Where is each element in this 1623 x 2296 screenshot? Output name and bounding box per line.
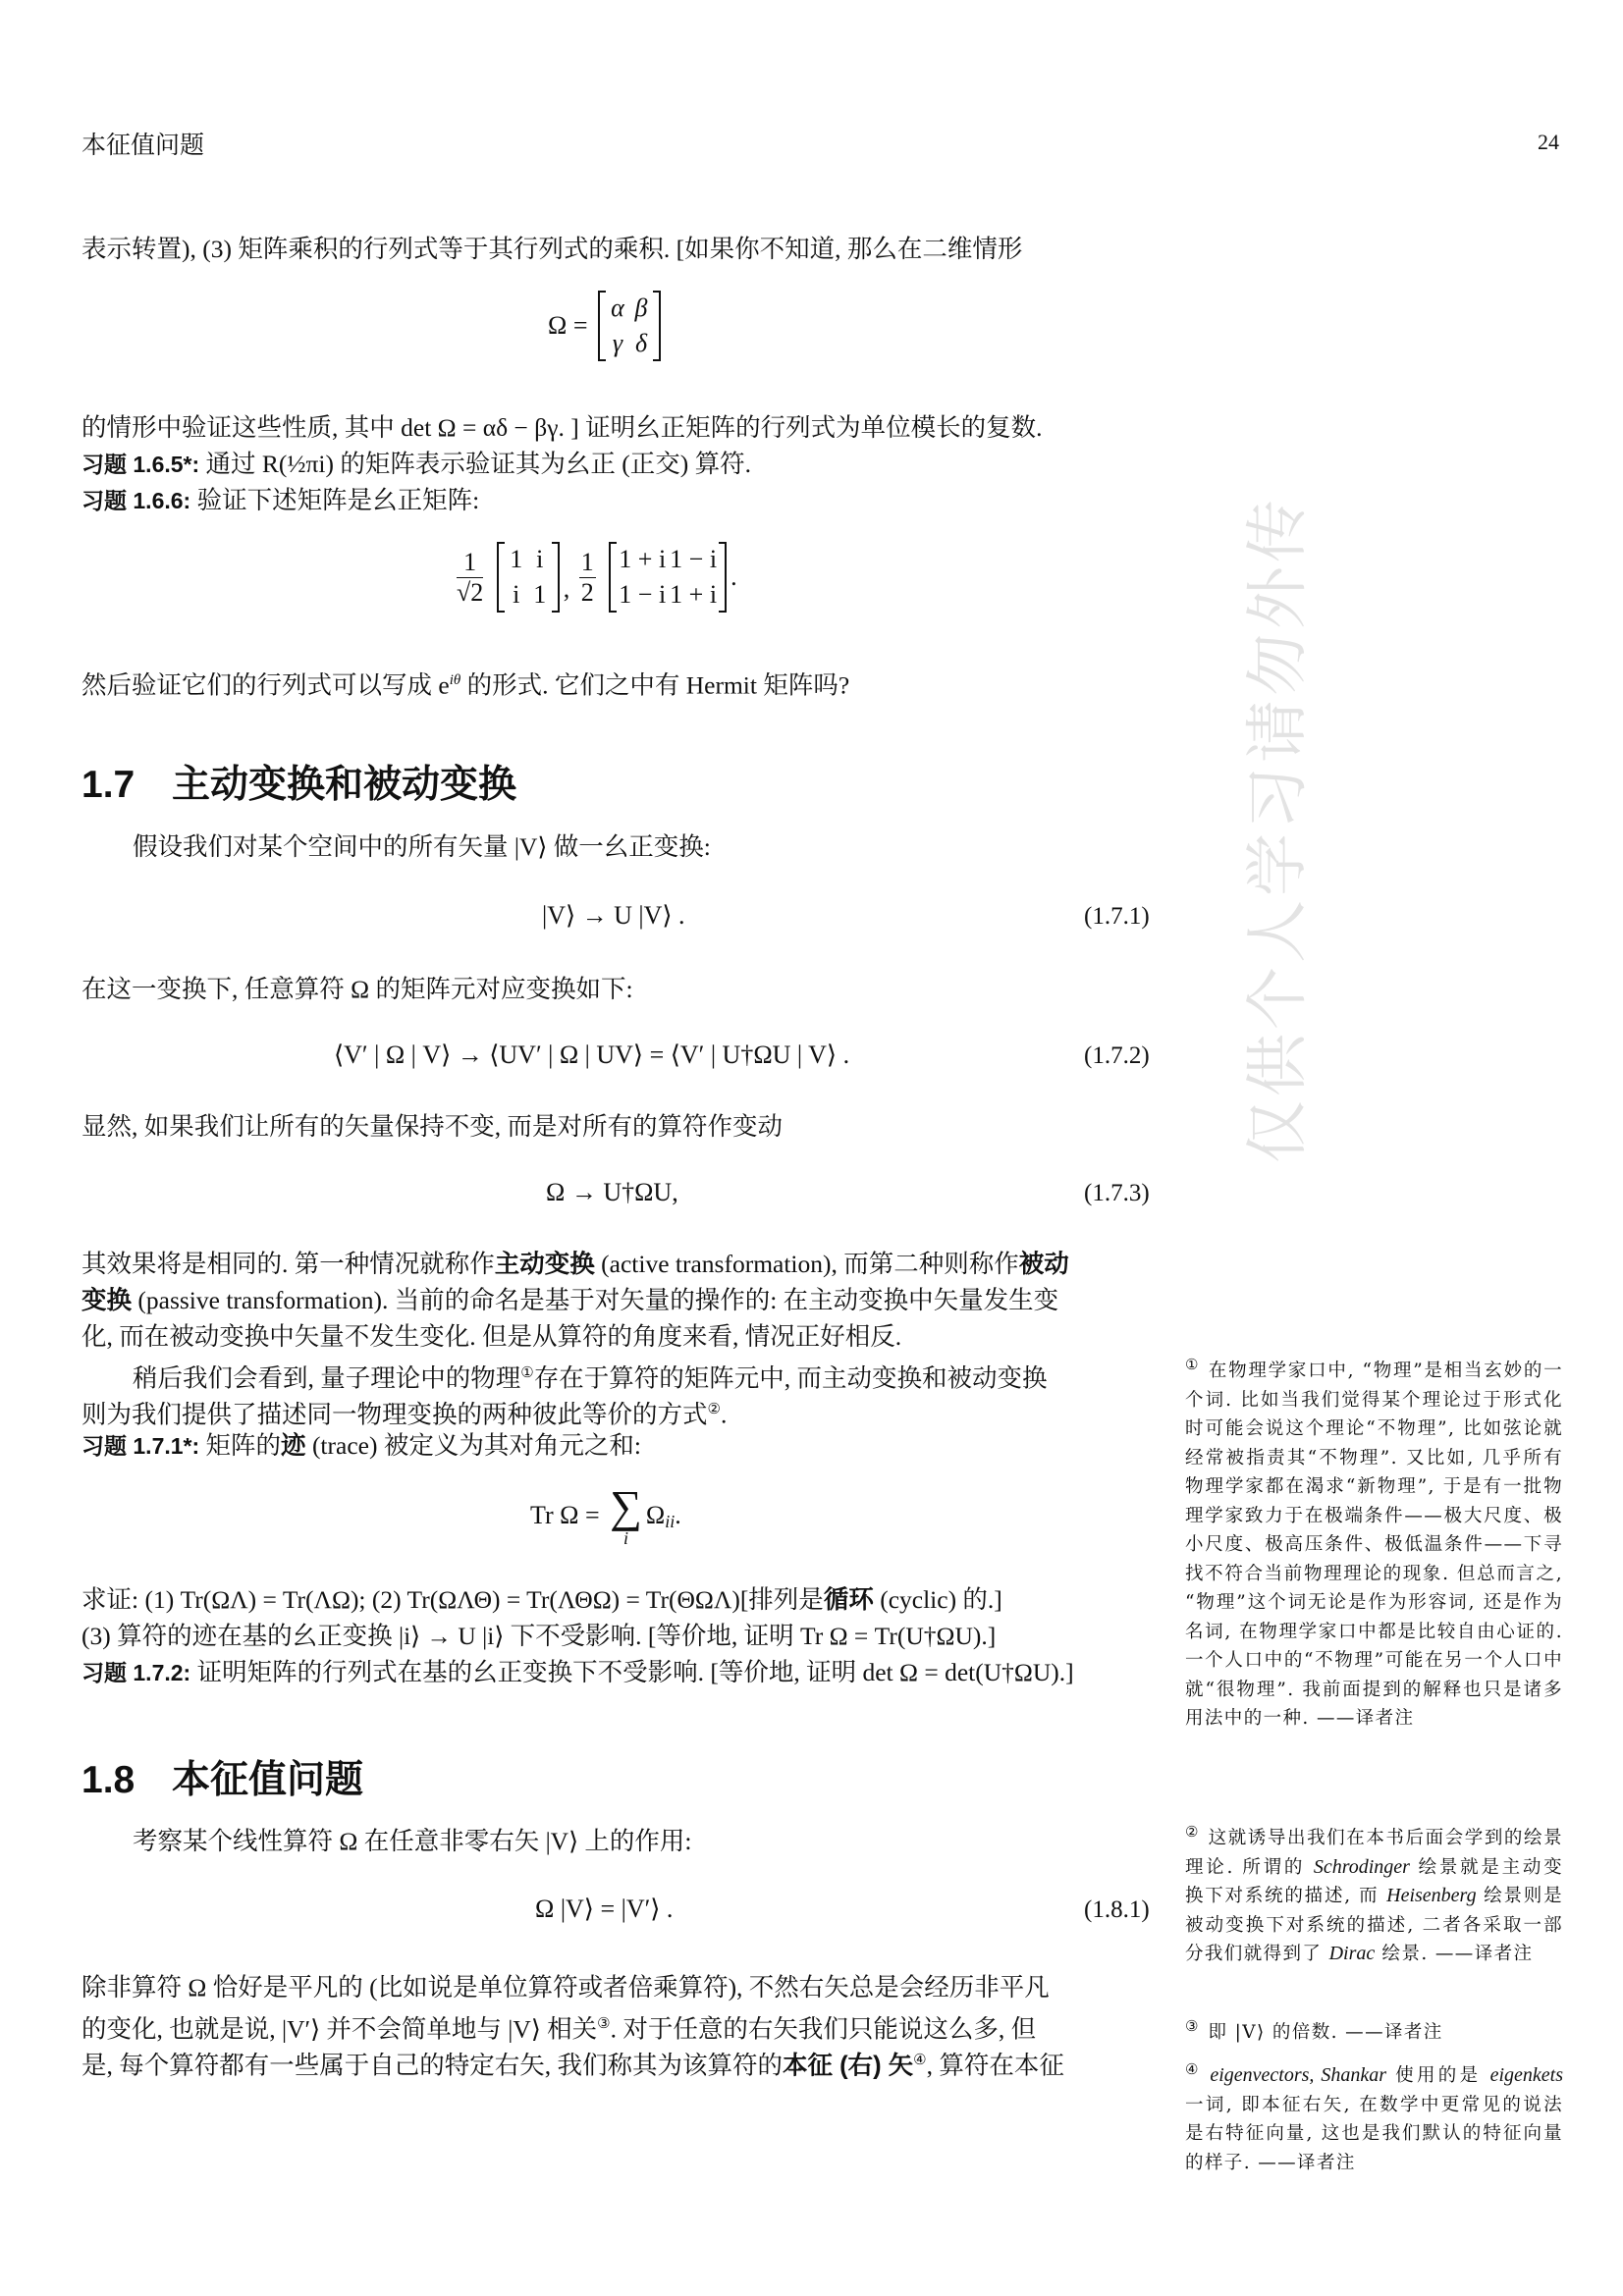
sum-index: i — [610, 1529, 642, 1547]
body-line: 显然, 如果我们让所有的矢量保持不变, 而是对所有的算符作变动 — [81, 1109, 783, 1145]
body-line: 求证: (1) Tr(ΩΛ) = Tr(ΛΩ); (2) Tr(ΩΛΘ) = T… — [81, 1582, 1002, 1618]
denominator: 2 — [579, 578, 596, 608]
term-bold: 主动变换 — [495, 1251, 595, 1278]
running-head: 本征值问题 — [81, 126, 204, 161]
sidenote-text: 一词, 即本征右矢, 在数学中更常见的说法是右特征向量, 这也是我们默认的特征向… — [1185, 2095, 1563, 2173]
sum-operator: ∑i — [610, 1484, 642, 1547]
equation-rhs: Ω — [646, 1501, 665, 1529]
equation-1-7-2: ⟨V′ | Ω | V⟩ → ⟨UV′ | Ω | UV⟩ = ⟨V′ | U†… — [334, 1041, 849, 1070]
term-bold: 迹 — [281, 1432, 306, 1460]
footnote-mark: ③ — [1185, 2017, 1198, 2035]
numerator: 1 — [457, 548, 483, 578]
section-heading-1-8: 1.8本征值问题 — [81, 1749, 363, 1804]
exercise-label: 习题 1.7.1*: — [81, 1433, 199, 1459]
text: 然后验证它们的行列式可以写成 e — [81, 671, 450, 700]
equation-1-7-1: |V⟩ → U |V⟩ . — [542, 901, 685, 931]
section-title: 主动变换和被动变换 — [172, 764, 516, 806]
exercise-1-7-2: 习题 1.7.2: 证明矩阵的行列式在基的幺正变换下不受影响. [等价地, 证明… — [81, 1655, 1074, 1690]
sidenote-text: 在物理学家口中, “物理”是相当玄妙的一个词. 比如当我们觉得某个理论过于形式化… — [1185, 1361, 1563, 1729]
matrix-cell: 1 − i — [617, 577, 668, 613]
body-line: 其效果将是相同的. 第一种情况就称作主动变换 (active transform… — [81, 1247, 1069, 1282]
body-line: 是, 每个算符都有一些属于自己的特定右矢, 我们称其为该算符的本征 (右) 矢④… — [81, 2043, 1064, 2084]
equation-number: (1.7.2) — [1084, 1042, 1150, 1070]
matrix: 1 + i1 − i 1 − i1 + i — [609, 542, 727, 613]
fraction: 12 — [579, 548, 596, 608]
section-heading-1-7: 1.7主动变换和被动变换 — [81, 754, 516, 809]
exercise-1-7-1: 习题 1.7.1*: 矩阵的迹 (trace) 被定义为其对角元之和: — [81, 1428, 641, 1464]
text: 其效果将是相同的. 第一种情况就称作 — [81, 1250, 495, 1278]
exercise-text: 验证下述矩阵是幺正矩阵: — [190, 486, 479, 514]
period: . — [730, 562, 737, 591]
page-number: 24 — [1538, 130, 1559, 155]
term-italic: eigenvectors, Shankar — [1210, 2064, 1386, 2086]
fraction: 1√2 — [457, 548, 483, 608]
section-number: 1.7 — [81, 764, 172, 807]
footnote-ref-1[interactable]: ① — [520, 1365, 533, 1381]
footnote-mark: ② — [1185, 1823, 1199, 1841]
footnote-mark: ④ — [1185, 2060, 1200, 2078]
matrix-cell: i — [505, 577, 528, 613]
matrix-cell: 1 — [505, 542, 528, 577]
text: 求证: (1) Tr(ΩΛ) = Tr(ΛΩ); (2) Tr(ΩΛΘ) = T… — [81, 1585, 824, 1614]
equation-number: (1.7.3) — [1084, 1180, 1150, 1207]
watermark: 仅供个人学习请勿外传 — [1227, 319, 1318, 1163]
text: (active transformation), 而第二种则称作 — [595, 1250, 1019, 1278]
term-bold: 循环 — [824, 1586, 874, 1614]
term-bold: 变换 — [81, 1287, 132, 1314]
body-line: 表示转置), (3) 矩阵乘积的行列式等于其行列式的乘积. [如果你不知道, 那… — [81, 232, 1022, 267]
equation-1-7-3: Ω → U†ΩU, — [546, 1178, 678, 1207]
text: 矩阵的 — [199, 1431, 281, 1460]
body-line: 稍后我们会看到, 量子理论中的物理①存在于算符的矩阵元中, 而主动变换和被动变换 — [133, 1356, 1047, 1397]
name-italic: Schrodinger — [1314, 1856, 1410, 1878]
exercise-1-6-6: 习题 1.6.6: 验证下述矩阵是幺正矩阵: — [81, 483, 479, 518]
text: (passive transformation). 当前的命名是基于对矢量的操作… — [132, 1286, 1058, 1314]
footnote-ref-2[interactable]: ② — [708, 1402, 721, 1417]
text: 稍后我们会看到, 量子理论中的物理 — [133, 1364, 520, 1393]
section-title: 本征值问题 — [172, 1759, 363, 1801]
section-number: 1.8 — [81, 1759, 172, 1802]
exercise-text: 通过 R(½πi) 的矩阵表示验证其为幺正 (正交) 算符. — [199, 450, 751, 478]
body-line: 的变化, 也就是说, |V′⟩ 并不会简单地与 |V⟩ 相关③. 对于任意的右矢… — [81, 2006, 1036, 2048]
term-bold: 本征 (右) 矢 — [783, 2053, 913, 2080]
subscript: ii — [665, 1512, 675, 1531]
matrix-cell: α — [606, 291, 629, 326]
matrix-cell: β — [629, 291, 653, 326]
equation-number: (1.7.1) — [1084, 903, 1150, 931]
matrix-cell: 1 — [528, 577, 552, 613]
body-line: 考察某个线性算符 Ω 在任意非零右矢 |V⟩ 上的作用: — [133, 1824, 692, 1859]
exercise-1-6-5: 习题 1.6.5*: 通过 R(½πi) 的矩阵表示验证其为幺正 (正交) 算符… — [81, 447, 751, 482]
matrix-cell: 1 + i — [668, 577, 719, 613]
equation-trace: Tr Ω = ∑iΩii. — [530, 1484, 681, 1547]
sidenote-4: ④eigenvectors, Shankar 使用的是 eigenkets 一词… — [1185, 2056, 1563, 2177]
body-line: 在这一变换下, 任意算符 Ω 的矩阵元对应变换如下: — [81, 972, 633, 1007]
sum-icon: ∑ — [610, 1484, 642, 1529]
footnote-mark: ① — [1185, 1356, 1199, 1373]
matrix-cell: i — [528, 542, 552, 577]
equation-lhs: Ω = — [548, 311, 588, 340]
sidenote-2: ②这就诱导出我们在本书后面会学到的绘景理论. 所谓的 Schrodinger 绘… — [1185, 1818, 1563, 1969]
text: , 算符在本征 — [927, 2052, 1064, 2080]
sidenote-text: 绘景. ——译者注 — [1375, 1944, 1533, 1964]
body-line: (3) 算符的迹在基的幺正变换 |i⟩ → U |i⟩ 下不受影响. [等价地,… — [81, 1619, 996, 1654]
text: 存在于算符的矩阵元中, 而主动变换和被动变换 — [534, 1364, 1048, 1393]
sidenote-1: ①在物理学家口中, “物理”是相当玄妙的一个词. 比如当我们觉得某个理论过于形式… — [1185, 1351, 1563, 1734]
text: 是, 每个算符都有一些属于自己的特定右矢, 我们称其为该算符的 — [81, 2052, 783, 2080]
name-italic: Dirac — [1329, 1943, 1376, 1964]
numerator: 1 — [579, 548, 596, 578]
name-italic: Heisenberg — [1386, 1885, 1476, 1906]
body-line: 则为我们提供了描述同一物理变换的两种彼此等价的方式②. — [81, 1392, 727, 1433]
exercise-label: 习题 1.7.2: — [81, 1660, 190, 1685]
superscript: iθ — [450, 672, 461, 688]
sidenote-text: 即 |V⟩ 的倍数. ——译者注 — [1208, 2022, 1442, 2043]
exercise-label: 习题 1.6.6: — [81, 488, 190, 513]
body-line: 变换 (passive transformation). 当前的命名是基于对矢量… — [81, 1283, 1058, 1318]
body-line: 的情形中验证这些性质, 其中 det Ω = αδ − βγ. ] 证明幺正矩阵… — [81, 410, 1042, 446]
separator: , — [564, 574, 570, 603]
body-line: 然后验证它们的行列式可以写成 eiθ 的形式. 它们之中有 Hermit 矩阵吗… — [81, 663, 849, 704]
matrix: 1i i1 — [497, 542, 560, 613]
text: . — [721, 1401, 727, 1429]
footnote-ref-3[interactable]: ③ — [597, 2016, 610, 2032]
period: . — [675, 1501, 681, 1529]
matrix-cell: δ — [629, 326, 653, 361]
equation-lhs: Tr Ω = — [530, 1501, 600, 1529]
text: (trace) 被定义为其对角元之和: — [306, 1431, 641, 1460]
body-line: 假设我们对某个空间中的所有矢量 |V⟩ 做一幺正变换: — [133, 829, 711, 865]
text: (cyclic) 的.] — [874, 1585, 1002, 1614]
equation-1-8-1: Ω |V⟩ = |V′⟩ . — [535, 1895, 673, 1924]
equation-omega-matrix: Ω = αβ γδ — [548, 291, 665, 361]
matrix-cell: γ — [606, 326, 629, 361]
matrix-cell: 1 − i — [668, 542, 719, 577]
term-italic: eigenkets — [1490, 2064, 1563, 2086]
body-line: 化, 而在被动变换中矢量不发生变化. 但是从算符的角度来看, 情况正好相反. — [81, 1319, 901, 1355]
text: 的变化, 也就是说, |V′⟩ 并不会简单地与 |V⟩ 相关 — [81, 2015, 597, 2044]
matrix-cell: 1 + i — [617, 542, 668, 577]
exercise-label: 习题 1.6.5*: — [81, 452, 199, 477]
text: . 对于任意的右矢我们只能说这么多, 但 — [611, 2015, 1037, 2044]
text: 的形式. 它们之中有 Hermit 矩阵吗? — [460, 671, 849, 700]
sidenote-3: ③即 |V⟩ 的倍数. ——译者注 — [1185, 2012, 1563, 2048]
term-bold: 被动 — [1019, 1251, 1069, 1278]
sidenote-text: 使用的是 — [1386, 2065, 1490, 2086]
equation-number: (1.8.1) — [1084, 1896, 1150, 1924]
text: 则为我们提供了描述同一物理变换的两种彼此等价的方式 — [81, 1401, 708, 1429]
exercise-text: 证明矩阵的行列式在基的幺正变换下不受影响. [等价地, 证明 det Ω = d… — [190, 1658, 1073, 1686]
denominator: √2 — [457, 578, 483, 608]
footnote-ref-4[interactable]: ④ — [913, 2053, 926, 2068]
body-line: 除非算符 Ω 恰好是平凡的 (比如说是单位算符或者倍乘算符), 不然右矢总是会经… — [81, 1970, 1050, 2005]
matrix: αβ γδ — [598, 291, 661, 361]
equation-unitary-matrices: 1√2 1i i1 , 12 1 + i1 − i 1 − i1 + i . — [454, 542, 737, 613]
